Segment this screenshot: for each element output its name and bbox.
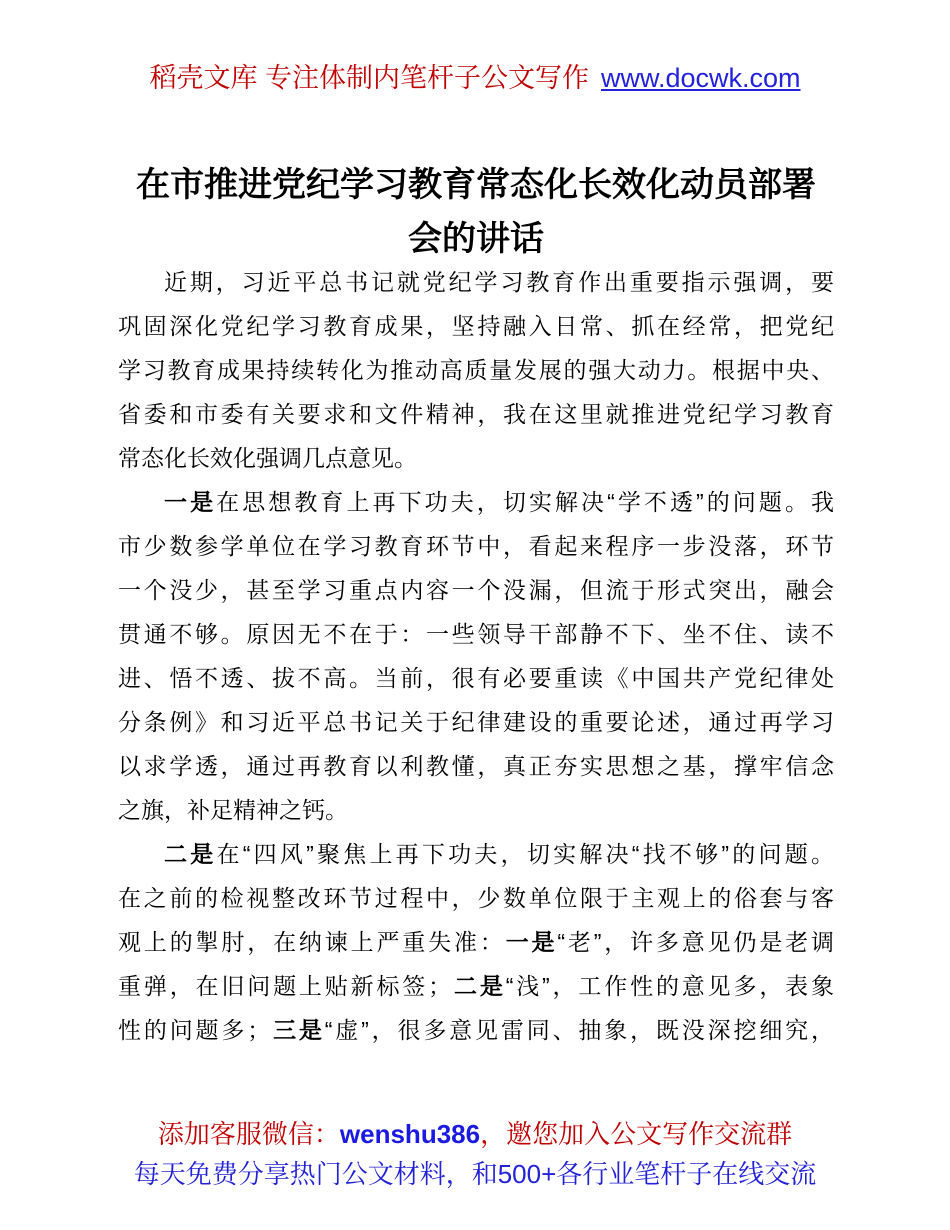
body-text: 在“四风”聚焦上再下功夫，切实解决“找不够”的问题。 xyxy=(216,841,834,867)
body-line: 常态化长效化强调几点意见。 xyxy=(118,436,834,480)
body-text: 学习教育成果持续转化为推动高质量发展的强大动力。根据中央、 xyxy=(118,357,834,383)
footer-line-1: 添加客服微信：wenshu386，邀您加入公文写作交流群 xyxy=(0,1114,950,1154)
body-emphasis: 一是 xyxy=(506,929,558,955)
body-text: 重弹，在旧问题上贴新标签； xyxy=(118,973,451,999)
document-body: 近期，习近平总书记就党纪学习教育作出重要指示强调，要巩固深化党纪学习教育成果，坚… xyxy=(118,260,834,1052)
body-text: 省委和市委有关要求和文件精神，我在这里就推进党纪学习教育 xyxy=(118,401,834,427)
body-line: 观上的掣肘，在纳谏上严重失准：一是“老”，许多意见仍是老调 xyxy=(118,920,834,964)
body-text: “虚”，很多意见雷同、抽象，既没深挖细究， xyxy=(325,1017,834,1043)
body-text: 贯通不够。原因无不在于：一些领导干部静不下、坐不住、读不 xyxy=(118,621,834,647)
body-text: “老”，许多意见仍是老调 xyxy=(557,929,834,955)
body-line: 贯通不够。原因无不在于：一些领导干部静不下、坐不住、读不 xyxy=(118,612,834,656)
body-text: “浅”，工作性的意见多，表象 xyxy=(506,973,834,999)
body-emphasis: 二是 xyxy=(451,973,506,999)
body-emphasis: 一是 xyxy=(164,489,216,515)
document-page: 稻壳文库 专注体制内笔杆子公文写作www.docwk.com 在市推进党纪学习教… xyxy=(0,0,950,1230)
document-title: 在市推进党纪学习教育常态化长效化动员部署 会的讲话 xyxy=(118,158,834,266)
body-text: 进、悟不透、拔不高。当前，很有必要重读《中国共产党纪律处 xyxy=(118,665,834,691)
body-line: 一是在思想教育上再下功夫，切实解决“学不透”的问题。我 xyxy=(118,480,834,524)
body-line: 分条例》和习近平总书记关于纪律建设的重要论述，通过再学习 xyxy=(118,700,834,744)
body-text: 观上的掣肘，在纳谏上严重失准： xyxy=(118,929,506,955)
body-text: 一个没少，甚至学习重点内容一个没漏，但流于形式突出，融会 xyxy=(118,577,834,603)
body-text: 在思想教育上再下功夫，切实解决“学不透”的问题。我 xyxy=(216,489,834,515)
body-text: 巩固深化党纪学习教育成果，坚持融入日常、抓在经常，把党纪 xyxy=(118,313,834,339)
body-line: 之旗，补足精神之钙。 xyxy=(118,788,834,832)
body-text: 以求学透，通过再教育以利教懂，真正夯实思想之基，撑牢信念 xyxy=(118,753,834,779)
body-text: 市少数参学单位在学习教育环节中，看起来程序一步没落，环节 xyxy=(118,533,834,559)
footer-line-2: 每天免费分享热门公文材料，和500+各行业笔杆子在线交流 xyxy=(0,1154,950,1194)
header-banner: 稻壳文库 专注体制内笔杆子公文写作www.docwk.com xyxy=(0,60,950,96)
title-line-2: 会的讲话 xyxy=(118,212,834,266)
body-emphasis: 二是 xyxy=(164,841,216,867)
body-line: 一个没少，甚至学习重点内容一个没漏，但流于形式突出，融会 xyxy=(118,568,834,612)
body-line: 在之前的检视整改环节过程中，少数单位限于主观上的俗套与客 xyxy=(118,876,834,920)
website-link[interactable]: www.docwk.com xyxy=(601,63,801,93)
body-line: 性的问题多；三是“虚”，很多意见雷同、抽象，既没深挖细究， xyxy=(118,1008,834,1052)
body-line: 省委和市委有关要求和文件精神，我在这里就推进党纪学习教育 xyxy=(118,392,834,436)
body-line: 市少数参学单位在学习教育环节中，看起来程序一步没落，环节 xyxy=(118,524,834,568)
title-line-1: 在市推进党纪学习教育常态化长效化动员部署 xyxy=(118,158,834,212)
body-line: 二是在“四风”聚焦上再下功夫，切实解决“找不够”的问题。 xyxy=(118,832,834,876)
body-text: 性的问题多； xyxy=(118,1017,270,1043)
body-text: 在之前的检视整改环节过程中，少数单位限于主观上的俗套与客 xyxy=(118,885,834,911)
body-line: 巩固深化党纪学习教育成果，坚持融入日常、抓在经常，把党纪 xyxy=(118,304,834,348)
body-text: 之旗，补足精神之钙。 xyxy=(118,797,348,823)
body-text: 常态化长效化强调几点意见。 xyxy=(118,445,417,471)
body-emphasis: 三是 xyxy=(270,1017,325,1043)
body-text: 分条例》和习近平总书记关于纪律建设的重要论述，通过再学习 xyxy=(118,709,834,735)
footer-banner: 添加客服微信：wenshu386，邀您加入公文写作交流群 每天免费分享热门公文材… xyxy=(0,1114,950,1194)
body-line: 重弹，在旧问题上贴新标签；二是“浅”，工作性的意见多，表象 xyxy=(118,964,834,1008)
body-line: 进、悟不透、拔不高。当前，很有必要重读《中国共产党纪律处 xyxy=(118,656,834,700)
body-line: 近期，习近平总书记就党纪学习教育作出重要指示强调，要 xyxy=(118,260,834,304)
body-text: 近期，习近平总书记就党纪学习教育作出重要指示强调，要 xyxy=(164,269,834,295)
brand-text: 稻壳文库 专注体制内笔杆子公文写作 xyxy=(149,63,589,93)
body-line: 以求学透，通过再教育以利教懂，真正夯实思想之基，撑牢信念 xyxy=(118,744,834,788)
footer-invite-text: ，邀您加入公文写作交流群 xyxy=(480,1119,792,1149)
body-line: 学习教育成果持续转化为推动高质量发展的强大动力。根据中央、 xyxy=(118,348,834,392)
wechat-id: wenshu386 xyxy=(340,1119,480,1149)
wechat-label: 添加客服微信： xyxy=(158,1119,340,1149)
